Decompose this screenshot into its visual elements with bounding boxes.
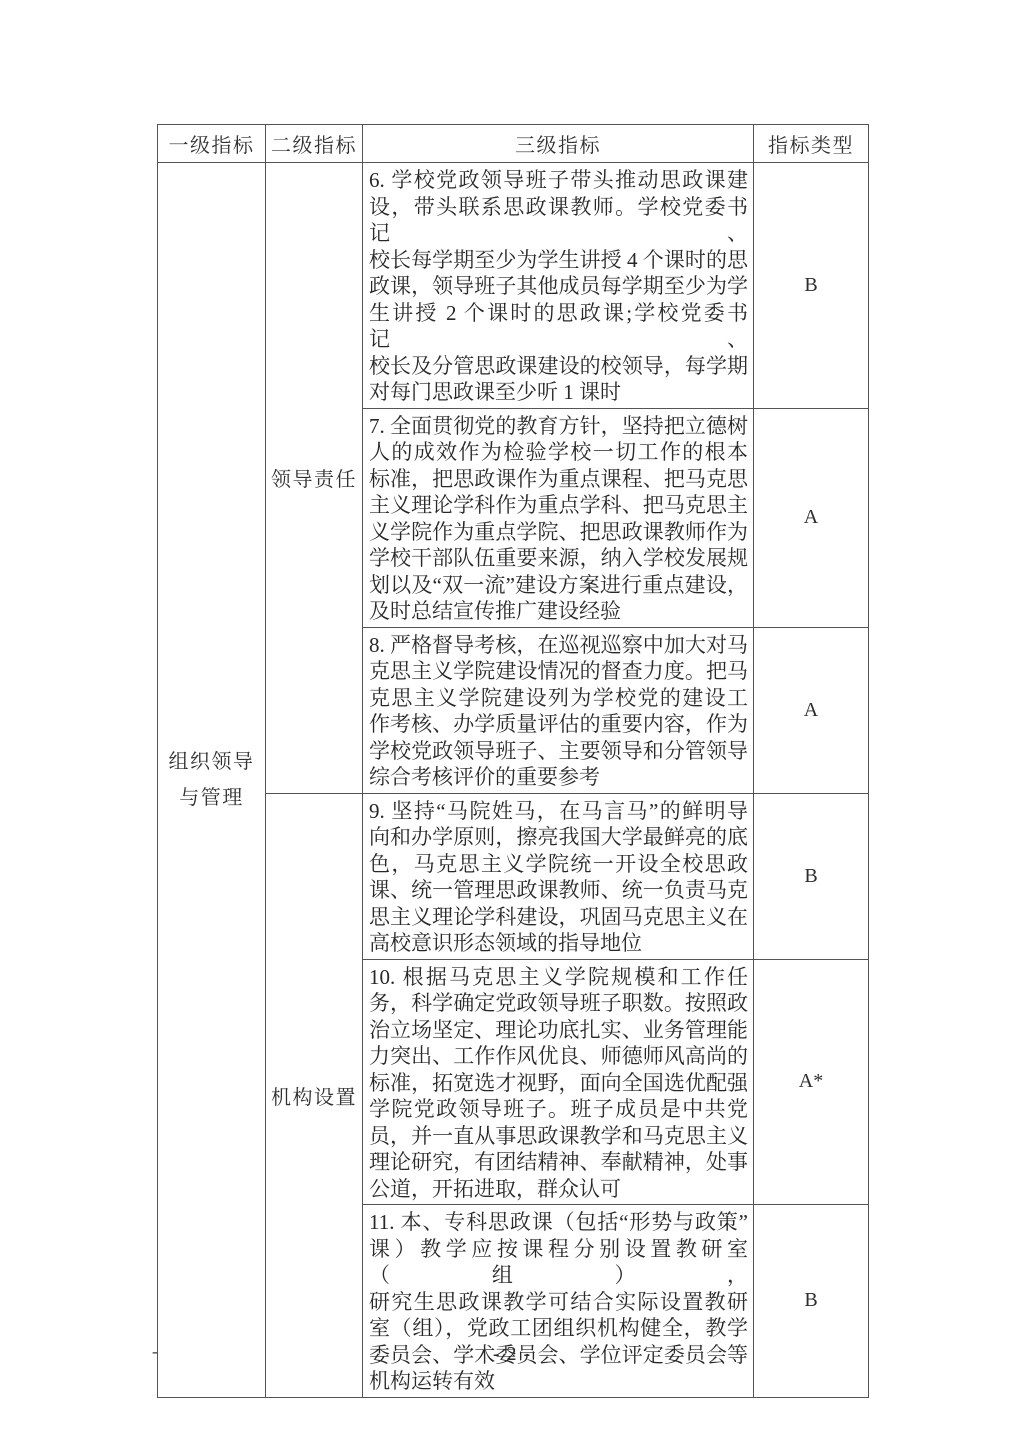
text-line: 对每门思政课至少听 1 课时: [369, 379, 748, 406]
text-line: 标准，拓宽选才视野，面向全国选优配强: [369, 1070, 748, 1097]
text-line: 义学院作为重点学院、把思政课教师作为: [369, 519, 748, 546]
indicator-text-8: 8. 严格督导考核，在巡视巡察中加大对马克思主义学院建设情况的督查力度。把马克思…: [363, 628, 753, 793]
text-line: 务，科学确定党政领导班子职数。按照政: [369, 990, 748, 1017]
indicator-text-9: 9. 坚持“马院姓马，在马言马”的鲜明导向和办学原则，擦亮我国大学最鲜亮的底色，…: [363, 794, 753, 959]
text-line: 机构运转有效: [369, 1368, 748, 1395]
text-line: 人的成效作为检验学校一切工作的根本: [369, 439, 748, 466]
table-header-row: 一级指标 二级指标 三级指标 指标类型: [158, 125, 869, 163]
text-line: 及时总结宣传推广建设经验: [369, 598, 748, 625]
text-line: 室（组），党政工团组织机构健全，教学: [369, 1315, 748, 1342]
column-header-level2: 二级指标: [266, 125, 363, 163]
text-line: 克思主义学院建设情况的督查力度。把马: [369, 658, 748, 685]
text-line: 课）教学应按课程分别设置教研室（组），: [369, 1236, 748, 1289]
text-line: 员，并一直从事思政课教学和马克思主义: [369, 1123, 748, 1150]
level2-indicator-cell-leadership: 领导责任: [266, 163, 363, 794]
text-line: 主义理论学科作为重点学科、把马克思主: [369, 492, 748, 519]
text-line: 研究生思政课教学可结合实际设置教研: [369, 1289, 748, 1316]
indicator-text-cell-9: 9. 坚持“马院姓马，在马言马”的鲜明导向和办学原则，擦亮我国大学最鲜亮的底色，…: [363, 793, 754, 959]
text-line: 力突出、工作作风优良、师德师风高尚的: [369, 1043, 748, 1070]
text-line: 11. 本、专科思政课（包括“形势与政策”: [369, 1209, 748, 1236]
text-line: 色，马克思主义学院统一开设全校思政: [369, 851, 748, 878]
text-line: 与管理: [158, 780, 265, 816]
text-line: 划以及“双一流”建设方案进行重点建设，: [369, 572, 748, 599]
indicator-table: 一级指标 二级指标 三级指标 指标类型 组织领导与管理 领导责任 6. 学校党政…: [157, 124, 869, 1398]
text-line: 向和办学原则，擦亮我国大学最鲜亮的底: [369, 824, 748, 851]
text-line: 治立场坚定、理论功底扎实、业务管理能: [369, 1017, 748, 1044]
text-line: 学院党政领导班子。班子成员是中共党: [369, 1096, 748, 1123]
indicator-type-cell-8: A: [754, 627, 869, 793]
text-line: 高校意识形态领域的指导地位: [369, 930, 748, 957]
text-line: 7. 全面贯彻党的教育方针，坚持把立德树: [369, 413, 748, 440]
indicator-text-7: 7. 全面贯彻党的教育方针，坚持把立德树人的成效作为检验学校一切工作的根本标准，…: [363, 409, 753, 627]
text-line: 学校党政领导班子、主要领导和分管领导: [369, 738, 748, 765]
indicator-text-cell-10: 10. 根据马克思主义学院规模和工作任务，科学确定党政领导班子职数。按照政治立场…: [363, 959, 754, 1205]
indicator-text-cell-6: 6. 学校党政领导班子带头推动思政课建设，带头联系思政课教师。学校党委书记、校长…: [363, 163, 754, 409]
text-line: 6. 学校党政领导班子带头推动思政课建: [369, 167, 748, 194]
text-line: 综合考核评价的重要参考: [369, 764, 748, 791]
text-line: 理论研究，有团结精神、奉献精神，处事: [369, 1149, 748, 1176]
table-row-6: 组织领导与管理 领导责任 6. 学校党政领导班子带头推动思政课建设，带头联系思政…: [158, 163, 869, 409]
text-line: 公道，开拓进取，群众认可: [369, 1176, 748, 1203]
text-line: 学校干部队伍重要来源，纳入学校发展规: [369, 545, 748, 572]
text-line: 标准，把思政课作为重点课程、把马克思: [369, 466, 748, 493]
text-line: 政课，领导班子其他成员每学期至少为学: [369, 273, 748, 300]
indicator-type-cell-11: B: [754, 1205, 869, 1398]
indicator-text-cell-11: 11. 本、专科思政课（包括“形势与政策”课）教学应按课程分别设置教研室（组），…: [363, 1205, 754, 1398]
text-line: 9. 坚持“马院姓马，在马言马”的鲜明导: [369, 798, 748, 825]
indicator-type-cell-6: B: [754, 163, 869, 409]
level1-indicator-label: 组织领导与管理: [158, 744, 265, 816]
text-line: 课、统一管理思政课教师、统一负责马克: [369, 877, 748, 904]
indicator-text-11: 11. 本、专科思政课（包括“形势与政策”课）教学应按课程分别设置教研室（组），…: [363, 1205, 753, 1397]
level2-indicator-cell-structure: 机构设置: [266, 793, 363, 1397]
column-header-type: 指标类型: [754, 125, 869, 163]
text-line: 克思主义学院建设列为学校党的建设工: [369, 685, 748, 712]
text-line: 作考核、办学质量评估的重要内容，作为: [369, 711, 748, 738]
indicator-text-10: 10. 根据马克思主义学院规模和工作任务，科学确定党政领导班子职数。按照政治立场…: [363, 960, 753, 1205]
page-number: - 2 -: [0, 1343, 1024, 1366]
text-line: 校长每学期至少为学生讲授 4 个课时的思: [369, 247, 748, 274]
indicator-type-cell-9: B: [754, 793, 869, 959]
indicator-text-cell-7: 7. 全面贯彻党的教育方针，坚持把立德树人的成效作为检验学校一切工作的根本标准，…: [363, 408, 754, 627]
indicator-text-cell-8: 8. 严格督导考核，在巡视巡察中加大对马克思主义学院建设情况的督查力度。把马克思…: [363, 627, 754, 793]
document-page: 一级指标 二级指标 三级指标 指标类型 组织领导与管理 领导责任 6. 学校党政…: [0, 0, 1024, 1448]
text-line: 生讲授 2 个课时的思政课;学校党委书记、: [369, 300, 748, 353]
column-header-level1: 一级指标: [158, 125, 266, 163]
indicator-type-cell-7: A: [754, 408, 869, 627]
text-line: 10. 根据马克思主义学院规模和工作任: [369, 964, 748, 991]
column-header-level3: 三级指标: [363, 125, 754, 163]
indicator-type-cell-10: A*: [754, 959, 869, 1205]
indicator-text-6: 6. 学校党政领导班子带头推动思政课建设，带头联系思政课教师。学校党委书记、校长…: [363, 163, 753, 408]
text-line: 校长及分管思政课建设的校领导，每学期: [369, 353, 748, 380]
level1-indicator-cell: 组织领导与管理: [158, 163, 266, 1398]
text-line: 设，带头联系思政课教师。学校党委书记、: [369, 194, 748, 247]
text-line: 8. 严格督导考核，在巡视巡察中加大对马: [369, 632, 748, 659]
text-line: 思主义理论学科建设，巩固马克思主义在: [369, 904, 748, 931]
text-line: 组织领导: [158, 744, 265, 780]
